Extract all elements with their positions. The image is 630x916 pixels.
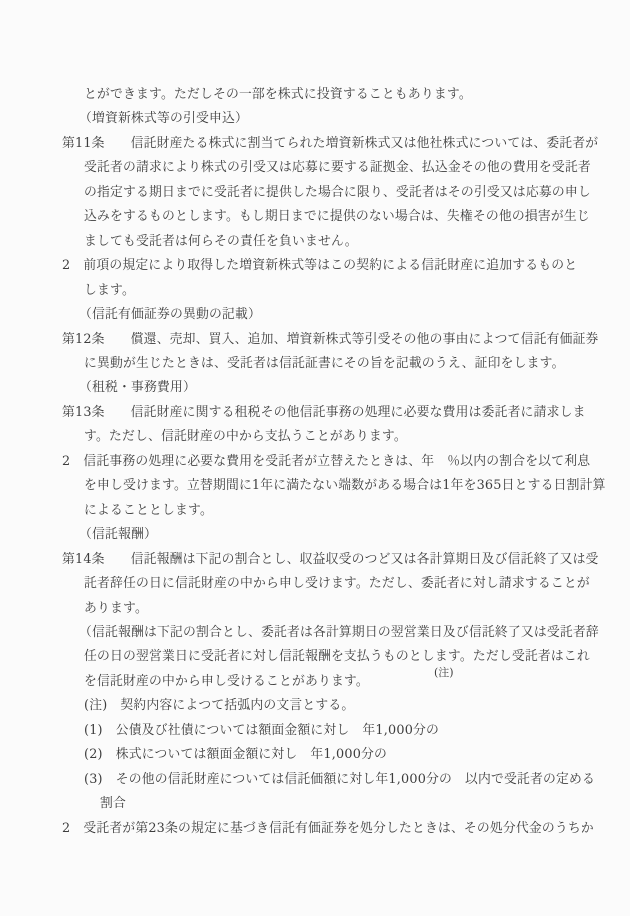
fee-item-2-line: (2) 株式については額面金額に対し 年1,000分の: [84, 743, 582, 767]
alternate-clause-line: を信託財産の中から申し受けることがあります。: [84, 670, 582, 694]
document-line: とができます。ただしその一部を株式に投資することもあります。: [84, 83, 582, 107]
article-13-line: 第13条 信託財産に関する租税その他信託事務の処理に必要な費用は委託者に請求しま: [62, 401, 582, 425]
document-line: あります。: [84, 597, 582, 621]
trust-agreement-document-page: とができます。ただしその一部を株式に投資することもあります。 （増資新株式等の引…: [0, 0, 630, 916]
document-line: 託者辞任の日に信託財産の中から申し受けます。ただし、委託者に対し請求することが: [84, 572, 582, 596]
fee-item-3-line: (3) その他の信託財産については信託価額に対し年1,000分の 以内で受託者の…: [84, 768, 582, 792]
document-line: 受託者の請求により株式の引受又は応募に要する証拠金、払込金その他の費用を受託者: [84, 156, 582, 180]
document-text-block: とができます。ただしその一部を株式に投資することもあります。 （増資新株式等の引…: [62, 83, 582, 841]
document-line: 込みをするものとします。もし期日までに提供のない場合は、失権その他の損害が生じ: [84, 205, 582, 229]
document-line: す。ただし、信託財産の中から支払うことがあります。: [84, 425, 582, 449]
article-12-line: 第12条 償還、売却、買入、追加、増資新株式等引受その他の事由によつて信託有価証…: [62, 328, 582, 352]
document-line: します。: [84, 279, 582, 303]
fee-item-1-line: (1) 公債及び社債については額面金額に対し 年1,000分の: [84, 719, 582, 743]
alternate-clause-line: 任の日の翌営業日に受託者に対し信託報酬を支払うものとします。ただし受託者はこれ: [84, 645, 582, 669]
document-line: ましても受託者は何らその責任を負いません。: [84, 230, 582, 254]
section-heading-securities-change-record: （信託有価証券の異動の記載）: [79, 303, 582, 327]
fee-item-3-continuation-line: 割合: [100, 792, 582, 816]
article-13-paragraph-2-line: 2 信託事務の処理に必要な費用を受託者が立替えたときは、年 ％以内の割合を以て利…: [62, 450, 582, 474]
note-line: (注) 契約内容によつて括弧内の文言とする。: [84, 694, 582, 718]
document-line: を申し受けます。立替期間に1年に満たない端数がある場合は1年を365日とする日割…: [84, 474, 582, 498]
document-line: によることとします。: [84, 499, 582, 523]
article-14-line: 第14条 信託報酬は下記の割合とし、収益収受のつど又は各計算期日及び信託終了又は…: [62, 548, 582, 572]
section-heading-underwriting-application: （増資新株式等の引受申込）: [79, 107, 582, 131]
article-11-paragraph-2-line: 2 前項の規定により取得した増資新株式等はこの契約による信託財産に追加するものと: [62, 254, 582, 278]
article-14-paragraph-2-line: 2 受託者が第23条の規定に基づき信託有価証券を処分したときは、その処分代金のう…: [62, 817, 582, 841]
article-11-line: 第11条 信託財産たる株式に割当てられた増資新株式又は他社株式については、委託者…: [62, 132, 582, 156]
section-heading-taxes-admin-costs: （租税・事務費用）: [79, 376, 582, 400]
document-line: の指定する期日までに受託者に提供した場合に限り、受託者はその引受又は応募の申し: [84, 181, 582, 205]
document-line: に異動が生じたときは、受託者は信託証書にその旨を記載のうえ、証印をします。: [84, 352, 582, 376]
note-reference-marker: (注): [434, 666, 454, 680]
alternate-clause-line: （信託報酬は下記の割合とし、委託者は各計算期日の翌営業日及び信託終了又は受託者辞: [79, 621, 582, 645]
section-heading-trust-fee: （信託報酬）: [79, 523, 582, 547]
